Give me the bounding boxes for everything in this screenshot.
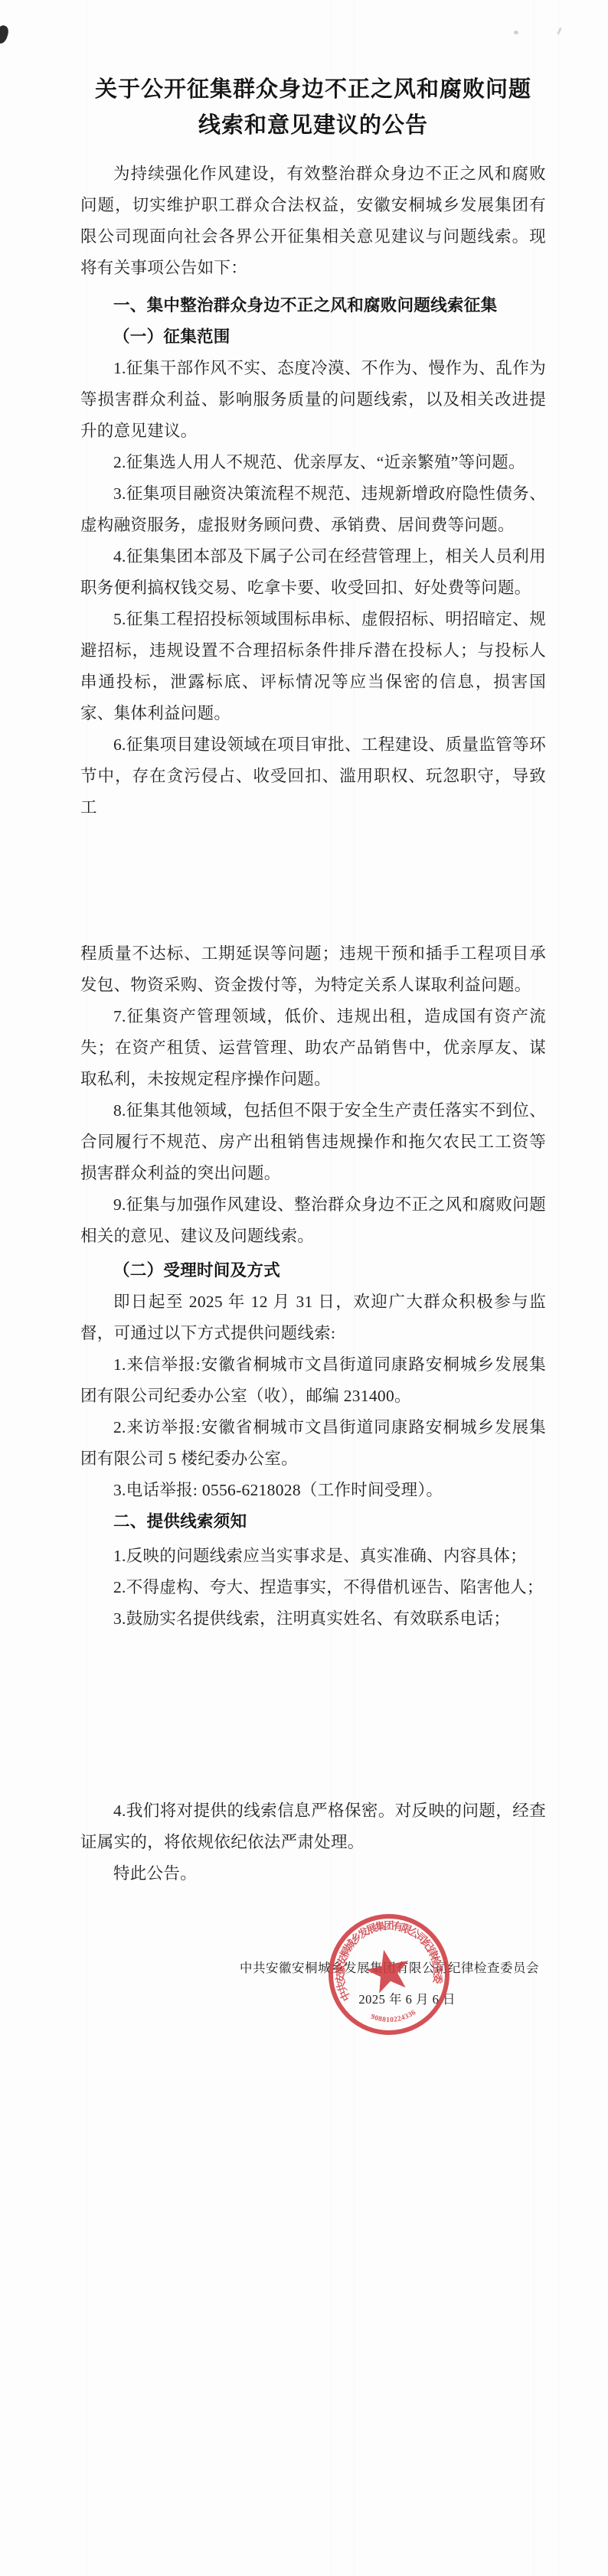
closing-line: 特此公告。 bbox=[80, 1858, 546, 1890]
intro-paragraph: 为持续强化作风建设，有效整治群众身边不正之风和腐败问题，切实维护职工群众合法权益… bbox=[80, 158, 546, 284]
scope-item-9: 9.征集与加强作风建设、整治群众身边不正之风和腐败问题相关的意见、建议及问题线索… bbox=[80, 1189, 546, 1252]
report-channel-phone: 3.电话举报: 0556-6218028（工作时间受理）。 bbox=[80, 1475, 546, 1506]
report-channel-mail: 1.来信举报:安徽省桐城市文昌街道同康路安桐城乡发展集团有限公司纪委办公室（收）… bbox=[80, 1349, 546, 1412]
time-method-intro: 即日起至 2025 年 12 月 31 日，欢迎广大群众积极参与监督，可通过以下… bbox=[80, 1286, 546, 1349]
page-3: 4.我们将对提供的线索信息严格保密。对反映的问题，经查证属实的，将依规依纪依法严… bbox=[80, 1717, 546, 2015]
scope-item-6-part-1: 6.征集项目建设领域在项目审批、工程建设、质量监管等环节中，存在贪污侵占、收受回… bbox=[80, 729, 546, 823]
issue-date: 2025 年 6 月 6 日 bbox=[80, 1984, 546, 2015]
scope-item-1: 1.征集干部作风不实、态度冷漠、不作为、慢作为、乱作为等损害群众利益、影响服务质… bbox=[80, 353, 546, 447]
scan-smudge bbox=[0, 24, 10, 44]
title-line-2: 线索和意见建议的公告 bbox=[80, 108, 546, 144]
page-2: 程质量不达标、工期延误等问题；违规干预和插手工程项目承发包、物资采购、资金拨付等… bbox=[80, 859, 546, 1635]
notice-item-1: 1.反映的问题线索应当实事求是、真实准确、内容具体； bbox=[80, 1541, 546, 1572]
title-line-1: 关于公开征集群众身边不正之风和腐败问题 bbox=[80, 72, 546, 108]
section-2-heading: 二、提供线索须知 bbox=[80, 1506, 546, 1537]
scan-streak bbox=[558, 0, 559, 2576]
scanned-announcement-document: 关于公开征集群众身边不正之风和腐败问题 线索和意见建议的公告 为持续强化作风建设… bbox=[0, 0, 608, 2576]
notice-item-2: 2.不得虚构、夸大、捏造事实，不得借机诬告、陷害他人； bbox=[80, 1572, 546, 1603]
scope-item-7: 7.征集资产管理领域，低价、违规出租，造成国有资产流失；在资产租赁、运营管理、助… bbox=[80, 1001, 546, 1095]
scope-item-5: 5.征集工程招投标领域围标串标、虚假招标、明招暗定、规避招标，违规设置不合理招标… bbox=[80, 604, 546, 729]
page-1: 关于公开征集群众身边不正之风和腐败问题 线索和意见建议的公告 为持续强化作风建设… bbox=[80, 0, 546, 823]
announcement-title: 关于公开征集群众身边不正之风和腐败问题 线索和意见建议的公告 bbox=[80, 72, 546, 144]
section-1-heading: 一、集中整治群众身边不正之风和腐败问题线索征集 bbox=[80, 290, 546, 321]
scope-heading: （一）征集范围 bbox=[80, 321, 546, 353]
issuer-signature: 中共安徽安桐城乡发展集团有限公司纪律检查委员会 bbox=[80, 1952, 546, 1984]
scope-item-6-part-2: 程质量不达标、工期延误等问题；违规干预和插手工程项目承发包、物资采购、资金拨付等… bbox=[80, 938, 546, 1001]
scope-item-8: 8.征集其他领域，包括但不限于安全生产责任落实不到位、合同履行不规范、房产出租销… bbox=[80, 1095, 546, 1189]
report-channel-visit: 2.来访举报:安徽省桐城市文昌街道同康路安桐城乡发展集团有限公司 5 楼纪委办公… bbox=[80, 1412, 546, 1475]
time-method-heading: （二）受理时间及方式 bbox=[80, 1255, 546, 1286]
scope-item-4: 4.征集集团本部及下属子公司在经营管理上，相关人员利用职务便利搞权钱交易、吃拿卡… bbox=[80, 541, 546, 604]
scope-item-3: 3.征集项目融资决策流程不规范、违规新增政府隐性债务、虚构融资服务，虚报财务顾问… bbox=[80, 478, 546, 541]
notice-item-4: 4.我们将对提供的线索信息严格保密。对反映的问题，经查证属实的，将依规依纪依法严… bbox=[80, 1795, 546, 1858]
scope-item-2: 2.征集选人用人不规范、优亲厚友、“近亲繁殖”等问题。 bbox=[80, 447, 546, 478]
notice-item-3: 3.鼓励实名提供线索，注明真实姓名、有效联系电话； bbox=[80, 1603, 546, 1635]
